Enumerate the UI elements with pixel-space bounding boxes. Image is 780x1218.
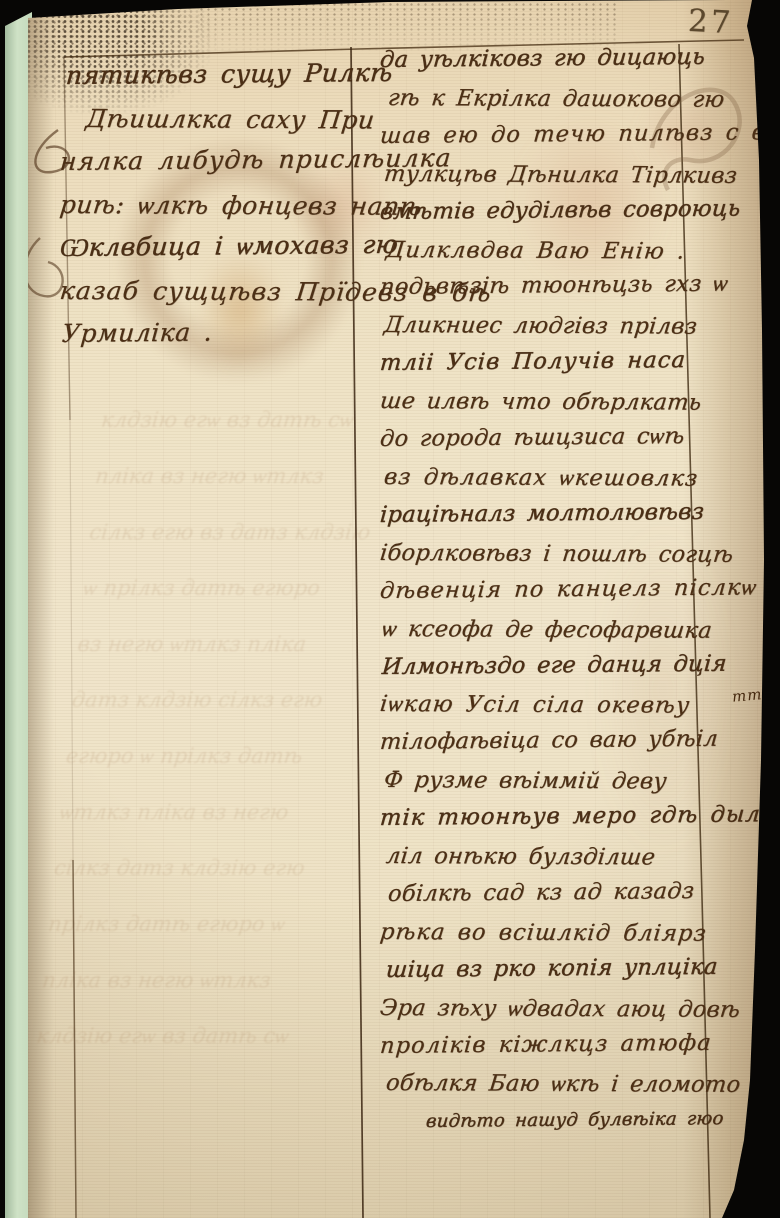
bleed-through-line: ѡтлкз пліка вз негю	[57, 784, 359, 840]
handwritten-line: тулкцѣв Дѣнилка Тірлкивз	[382, 156, 732, 196]
handwritten-line: да уѣлкіковз гю дицаюць	[379, 39, 732, 80]
folio-number: 27	[687, 3, 734, 41]
handwritten-line: Дликниес людгівз прілвз	[382, 307, 732, 347]
handwritten-line: вз дѣлавках ѡкешовлкз	[382, 459, 732, 499]
handwritten-line: Илмонѣздо еге данця дція	[381, 645, 732, 686]
handwritten-line: іборлковѣвз і пошлѣ согцѣ	[378, 535, 732, 575]
bleed-through-line: сілкз датз клдзію егю	[51, 840, 353, 896]
bleed-through-line: пліка вз негю ѡтлкз	[92, 448, 394, 504]
margin-note: ттк	[731, 684, 764, 705]
handwritten-line: Дѣишлкка саху При	[84, 97, 381, 142]
backing-mat-strip	[5, 0, 32, 1218]
handwritten-line: подьвѣзіѣ тюонѣцзь гхз ѡ	[379, 266, 732, 307]
handwritten-line: гѣ к Екрілка дашоково гю	[386, 80, 732, 120]
right-column: да уѣлкіковз гю дицаюцьгѣ к Екрілка дашо…	[380, 42, 730, 1141]
handwritten-line: проліків кіжлкцз атюфа	[379, 1024, 732, 1065]
handwritten-line: тліі Усів Получів наса	[379, 342, 732, 383]
handwritten-line: обѣлкя Баю ѡкѣ і еломото	[384, 1065, 732, 1105]
bleed-through-line: датз клдзію сілкз егю	[69, 672, 371, 728]
handwritten-line: рѣка во всішлкід бліярз	[378, 914, 732, 954]
handwritten-line: казаб сущцѣвз Прїдевз в бѣ	[58, 269, 381, 314]
handwritten-line: Ѡклвбица і ѡмохавз гю	[58, 223, 379, 269]
handwritten-line: до города ѣшцзиса сѡѣ	[379, 418, 732, 459]
handwritten-line: видѣто нашуд булвѣіка гюо	[425, 1100, 732, 1141]
handwritten-line: тік тюонѣув меро гдѣ дыл	[379, 797, 732, 838]
handwritten-line: іраціѣналз молтолювѣвз	[379, 494, 732, 535]
handwritten-line: Урмиліка .	[60, 309, 379, 355]
handwritten-line: ѡ ксеофа де фесофарвшка	[380, 611, 732, 651]
left-column: пятикѣвз сущу РилкѣДѣишлкка саху Принялк…	[60, 54, 378, 355]
handwritten-line: тілофаѣвіца со ваю убѣіл	[379, 721, 732, 762]
handwritten-line: риѣ: ѡлкѣ фонцевз напѣ	[58, 183, 381, 228]
bleed-through-line: клдзію егѡ вз датѣ сѡ	[34, 1008, 336, 1064]
handwritten-line: шіца вз рко копія уплціка	[385, 948, 732, 989]
handwritten-line: Ф рузме вѣіммій деву	[382, 762, 732, 802]
handwritten-line: шав ею до течю пилѣвз с вѣ	[379, 114, 732, 155]
handwritten-line: Эра зѣху ѡдвадах аюц довѣ	[378, 990, 732, 1030]
manuscript-page: клдзію егѡ вз датѣ сѡпліка вз негю ѡтлкз…	[28, 0, 764, 1218]
handwritten-line: обілкѣ сад кз ад казадз	[387, 873, 732, 914]
handwritten-line: ше илвѣ что обѣрлкать	[378, 383, 732, 423]
handwritten-line: ліл онѣкю булзділше	[384, 838, 732, 878]
bleed-through-line: егюро ѡ прілкз датѣ	[63, 728, 365, 784]
handwritten-line: пятикѣвз сущу Рилкѣ	[64, 51, 379, 97]
bleed-through-line: прілкз датѣ егюро ѡ	[45, 896, 347, 952]
scanned-manuscript: клдзію егѡ вз датѣ сѡпліка вз негю ѡтлкз…	[0, 0, 780, 1218]
handwritten-line: вмѣтів едуділвѣв совроюць	[379, 190, 732, 231]
bleed-through-line: пліка вз негю ѡтлкз	[40, 952, 342, 1008]
handwritten-line: дѣвенція по канцелз післкѡ	[379, 569, 732, 610]
bleed-through-line: ѡ прілкз датѣ егюро	[81, 560, 383, 616]
bleed-through-line: вз негю ѡтлкз пліка	[75, 616, 377, 672]
bleed-through-line: сілкз егю вз датз клдзію	[87, 504, 389, 560]
bleed-through-line: клдзію егѡ вз датѣ сѡ	[98, 392, 400, 448]
handwritten-line: нялка либудѣ прислѣилка	[58, 137, 379, 183]
